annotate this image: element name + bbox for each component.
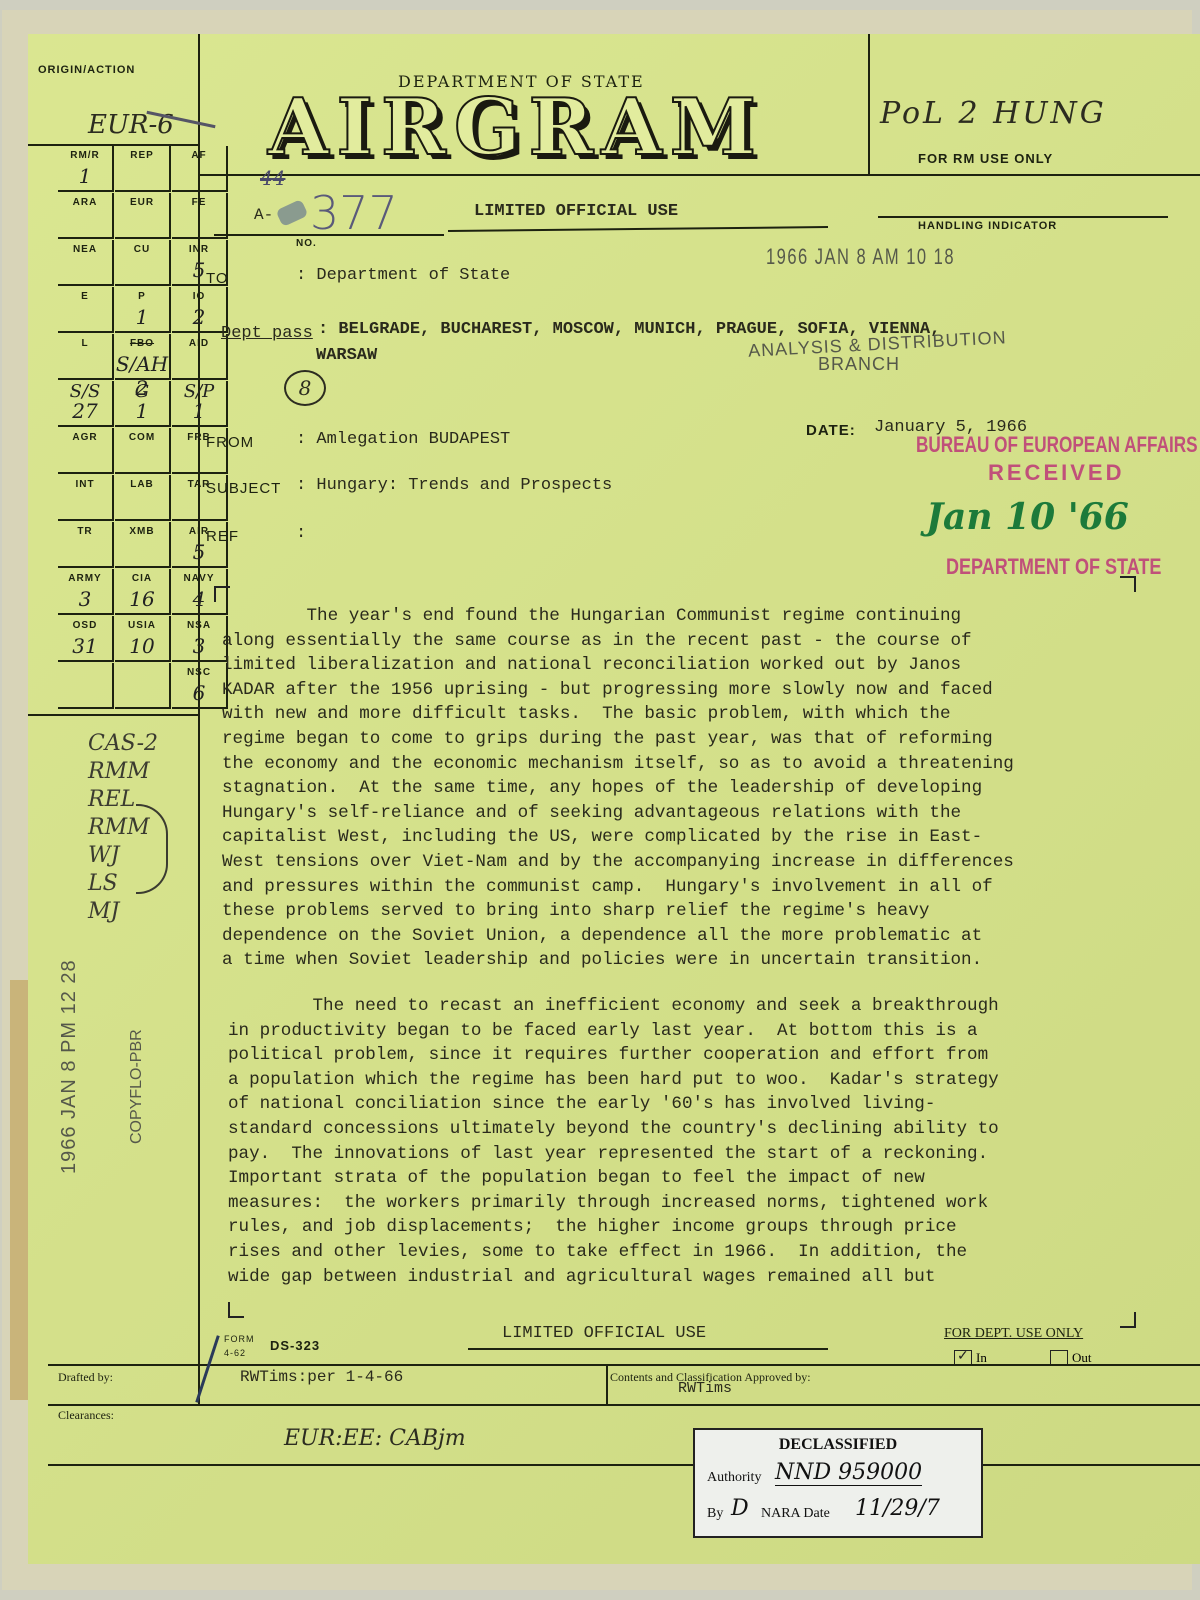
classification-top: LIMITED OFFICIAL USE: [474, 202, 678, 221]
routing-cell-label: NEA: [58, 244, 112, 255]
ref-value: :: [296, 524, 306, 543]
routing-cell: INT: [58, 475, 114, 521]
routing-cell-label: P: [115, 291, 169, 302]
footer-rule-2: [48, 1404, 1200, 1406]
airgram-form: ORIGIN/ACTION EUR-6 DEPARTMENT OF STATE …: [28, 34, 1200, 1564]
handling-rule: [878, 216, 1168, 218]
routing-cell: USIA10: [115, 616, 171, 662]
routing-cell-count: 1: [172, 399, 226, 423]
routing-cell: AGR: [58, 428, 114, 474]
routing-cell-label: USIA: [115, 620, 169, 631]
routing-cell: AF: [172, 146, 228, 192]
routing-cell-count: 16: [115, 587, 169, 611]
routing-cell: G1: [115, 381, 171, 427]
routing-cell: S/S27: [58, 381, 114, 427]
corner-mark-bottom-right: [1120, 1312, 1136, 1328]
received-date-handwritten: Jan 10 '66: [926, 496, 1129, 538]
distribution-stamp-line2: BRANCH: [818, 354, 900, 375]
footer-rule-3: [48, 1464, 1200, 1466]
by-label: By: [707, 1506, 723, 1522]
routing-cell: ARMY3: [58, 569, 114, 615]
routing-cell-count: 31: [58, 634, 112, 658]
date-label: DATE:: [806, 422, 856, 439]
routing-cell-label: REP: [115, 150, 169, 161]
body-paragraph-2: The need to recast an inefficient econom…: [228, 994, 999, 1289]
authority-label: Authority: [707, 1470, 761, 1486]
footer-rule-1: [48, 1364, 1200, 1366]
number-prefix: A-: [254, 206, 273, 224]
header-rule: [198, 174, 1200, 176]
routing-cell: AID: [172, 334, 228, 380]
routing-cell: FE: [172, 193, 228, 239]
corner-mark-top-left: [214, 586, 230, 602]
routing-cell-label: EUR: [115, 197, 169, 208]
routing-cell: E: [58, 287, 114, 333]
classification-bottom-underline: [468, 1348, 828, 1350]
number-label: NO.: [296, 238, 317, 249]
routing-cell-label: ARMY: [58, 573, 112, 584]
routing-cell: NSC6: [172, 663, 228, 709]
routing-cell: REP: [115, 146, 171, 192]
declassified-title: DECLASSIFIED: [695, 1436, 981, 1454]
margin-date-stamp: 1966 JAN 8 PM 12 28: [58, 959, 81, 1174]
rm-box-divider: [868, 34, 870, 174]
routing-cell-label: IO: [172, 291, 226, 302]
ref-label: REF: [206, 528, 239, 545]
routing-cell: L: [58, 334, 114, 380]
classification-bottom: LIMITED OFFICIAL USE: [502, 1324, 706, 1343]
routing-cell-label: AID: [172, 338, 226, 349]
routing-cell-count: 3: [58, 587, 112, 611]
routing-cell-label: COM: [115, 432, 169, 443]
margin-initial: RMM: [88, 758, 158, 786]
bracket-mark: [136, 804, 168, 894]
margin-initial: CAS-2: [88, 730, 158, 758]
routing-cell-label: INT: [58, 479, 112, 490]
scribble-mark: [276, 199, 309, 227]
routing-cell-label: OSD: [58, 620, 112, 631]
routing-cell-label: FE: [172, 197, 226, 208]
routing-cell-label: CU: [115, 244, 169, 255]
routing-cell: IO2: [172, 287, 228, 333]
subject-label: SUBJECT: [206, 480, 281, 497]
to-label: TO: [206, 270, 229, 287]
rm-use-label: FOR RM USE ONLY: [918, 151, 1053, 166]
routing-cell: P1: [115, 287, 171, 333]
routing-cell: OSD31: [58, 616, 114, 662]
routing-cell: EUR: [115, 193, 171, 239]
check-mark-icon: ✓: [957, 1347, 969, 1364]
routing-cell-label: AGR: [58, 432, 112, 443]
routing-cell-label: AF: [172, 150, 226, 161]
routing-cell-label: FBO: [115, 338, 169, 349]
routing-cell: COM: [115, 428, 171, 474]
clearances-value: EUR:EE: CABjm: [284, 1426, 466, 1451]
nara-date-value: 11/29/7: [855, 1496, 940, 1521]
form-label: FORM: [224, 1334, 255, 1344]
bureau-stamp: BUREAU OF EUROPEAN AFFAIRS: [916, 432, 1198, 458]
body-paragraph-1: The year's end found the Hungarian Commu…: [222, 604, 1014, 973]
number-value: 377: [310, 186, 398, 240]
routing-cell-count: 2: [172, 305, 226, 329]
file-code: PoL 2 HUNG: [880, 96, 1107, 131]
from-label: FROM: [206, 434, 254, 451]
routing-cell: RM/R1: [58, 146, 114, 192]
routing-cell: S/P1: [172, 381, 228, 427]
routing-cell: [115, 663, 171, 709]
routing-cell-label: NAVY: [172, 573, 226, 584]
routing-cell-label: RM/R: [58, 150, 112, 161]
routing-cell-count: 1: [58, 164, 112, 188]
routing-cell-label: TR: [58, 526, 112, 537]
nara-date-label: NARA Date: [761, 1506, 830, 1522]
from-value: : Amlegation BUDAPEST: [296, 430, 510, 449]
received-stamp: RECEIVED: [988, 460, 1124, 486]
authority-value: NND 959000: [775, 1460, 922, 1486]
corner-mark-bottom-left: [228, 1302, 244, 1318]
routing-cell-label: NSC: [172, 667, 226, 678]
routing-cell-label: NSA: [172, 620, 226, 631]
form-number: DS-323: [270, 1338, 320, 1353]
corner-mark-top-right: [1120, 576, 1136, 592]
routing-cell-label: CIA: [115, 573, 169, 584]
routing-cell-count: 6: [172, 681, 226, 705]
routing-cell: NSA3: [172, 616, 228, 662]
dept-pass-value-2: WARSAW: [316, 346, 377, 365]
routing-cell: CIA16: [115, 569, 171, 615]
approval-divider: [606, 1364, 608, 1404]
copyflo-stamp: COPYFLO-PBR: [128, 1029, 146, 1144]
routing-cell-label: XMB: [115, 526, 169, 537]
classification-underline: [448, 226, 828, 231]
airgram-title: AIRGRAM: [268, 82, 764, 173]
routing-cell: ARA: [58, 193, 114, 239]
routing-cell: [58, 663, 114, 709]
by-value: D: [731, 1496, 749, 1521]
routing-cell: FBOS/AH 2: [115, 334, 171, 380]
number-underline: [214, 234, 444, 236]
routing-cell-count: 27: [58, 399, 112, 423]
routing-bottom-rule: [28, 714, 200, 716]
to-value: : Department of State: [296, 266, 510, 285]
receipt-time-stamp: 1966 JAN 8 AM 10 18: [766, 244, 955, 270]
routing-cell-label: L: [58, 338, 112, 349]
routing-cell-count: 3: [172, 634, 226, 658]
routing-cell: TR: [58, 522, 114, 568]
approved-by-value: RWTims: [678, 1380, 732, 1397]
routing-cell: CU: [115, 240, 171, 286]
subject-value: : Hungary: Trends and Prospects: [296, 476, 612, 495]
drafted-by-value: RWTims:per 1-4-66: [240, 1368, 403, 1386]
clearances-label: Clearances:: [58, 1408, 114, 1423]
dept-use-label: FOR DEPT. USE ONLY: [944, 1326, 1083, 1342]
routing-cell-label: ARA: [58, 197, 112, 208]
routing-cell-count: 1: [115, 399, 169, 423]
routing-cell: LAB: [115, 475, 171, 521]
routing-cell-label: INR: [172, 244, 226, 255]
routing-cell-label: E: [58, 291, 112, 302]
routing-cell: NEA: [58, 240, 114, 286]
margin-initial: MJ: [88, 898, 158, 926]
routing-cell-count: 1: [115, 305, 169, 329]
circled-count: 8: [284, 370, 326, 406]
routing-cell-count: 10: [115, 634, 169, 658]
form-date: 4-62: [224, 1348, 246, 1358]
routing-cell-label: LAB: [115, 479, 169, 490]
declassified-label: DECLASSIFIED Authority NND 959000 By D N…: [693, 1428, 983, 1538]
dept-pass-label: Dept pass: [221, 324, 313, 343]
crossed-number: 44: [260, 166, 285, 190]
origin-action-label: ORIGIN/ACTION: [38, 64, 135, 76]
drafted-by-label: Drafted by:: [58, 1370, 113, 1385]
routing-cell: XMB: [115, 522, 171, 568]
handling-indicator-label: HANDLING INDICATOR: [918, 220, 1057, 232]
